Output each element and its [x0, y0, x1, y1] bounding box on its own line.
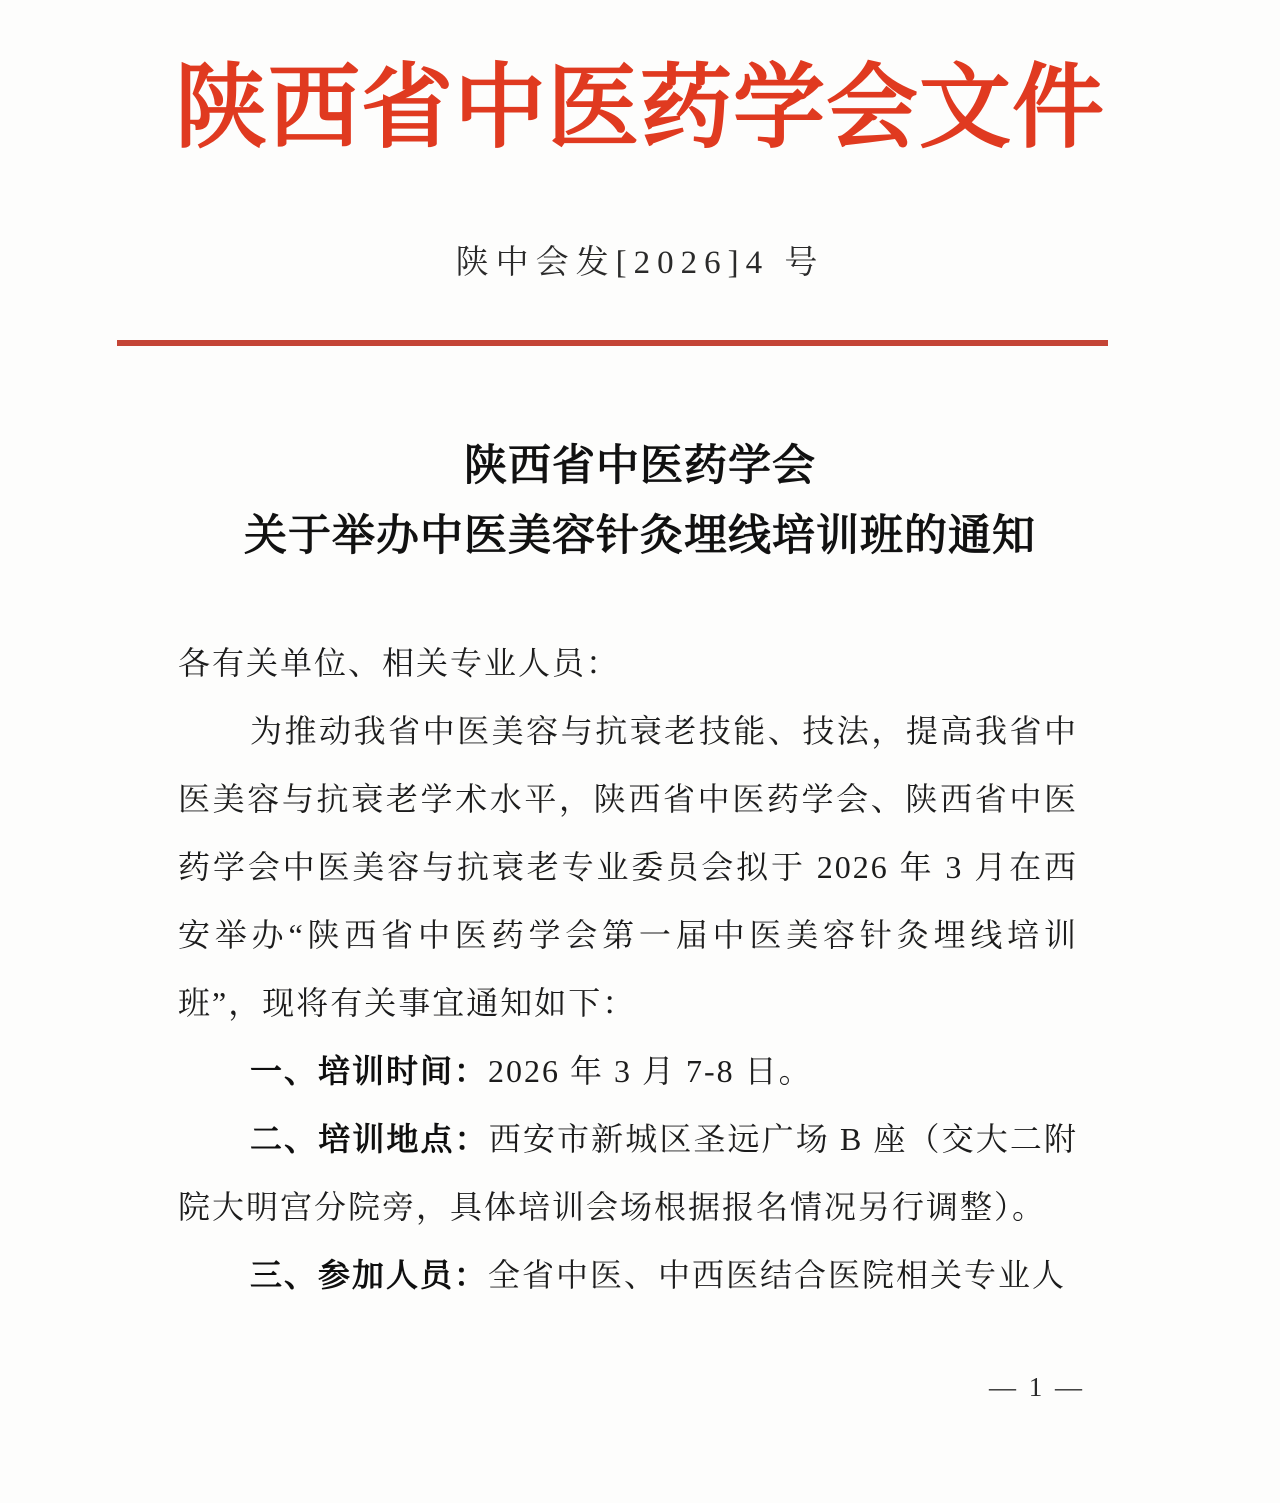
notice-item-3-text: 全省中医、中西医结合医院相关专业人 — [488, 1257, 1066, 1293]
letterhead-title: 陕西省中医药学会文件 — [0, 58, 1280, 159]
document-title-line1: 陕西省中医药学会 — [0, 432, 1280, 502]
document-reference-number: 陕中会发[2026]4 号 — [0, 236, 1280, 283]
notice-item-2: 二、培训地点：西安市新城区圣远广场 B 座（交大二附院大明宫分院旁，具体培训会场… — [178, 1105, 1078, 1241]
scanned-official-document-page: 陕西省中医药学会文件 陕中会发[2026]4 号 陕西省中医药学会 关于举办中医… — [0, 0, 1280, 1503]
document-title-block: 陕西省中医药学会 关于举办中医美容针灸埋线培训班的通知 — [0, 432, 1280, 572]
notice-item-1-text: 2026 年 3 月 7-8 日。 — [488, 1053, 813, 1089]
notice-item-3: 三、参加人员：全省中医、中西医结合医院相关专业人 — [178, 1241, 1078, 1309]
red-divider-rule — [117, 340, 1108, 346]
notice-item-1-label: 一、培训时间： — [250, 1053, 488, 1089]
notice-item-3-label: 三、参加人员： — [250, 1257, 488, 1293]
document-title-line2: 关于举办中医美容针灸埋线培训班的通知 — [0, 502, 1280, 572]
notice-item-2-label: 二、培训地点： — [250, 1121, 489, 1157]
document-body: 各有关单位、相关专业人员： 为推动我省中医美容与抗衰老技能、技法，提高我省中医美… — [178, 629, 1078, 1309]
intro-paragraph: 为推动我省中医美容与抗衰老技能、技法，提高我省中医美容与抗衰老学术水平，陕西省中… — [178, 697, 1078, 1037]
page-number: — 1 — — [957, 1372, 1117, 1403]
salutation-line: 各有关单位、相关专业人员： — [178, 629, 1078, 697]
notice-item-1: 一、培训时间：2026 年 3 月 7-8 日。 — [178, 1037, 1078, 1105]
